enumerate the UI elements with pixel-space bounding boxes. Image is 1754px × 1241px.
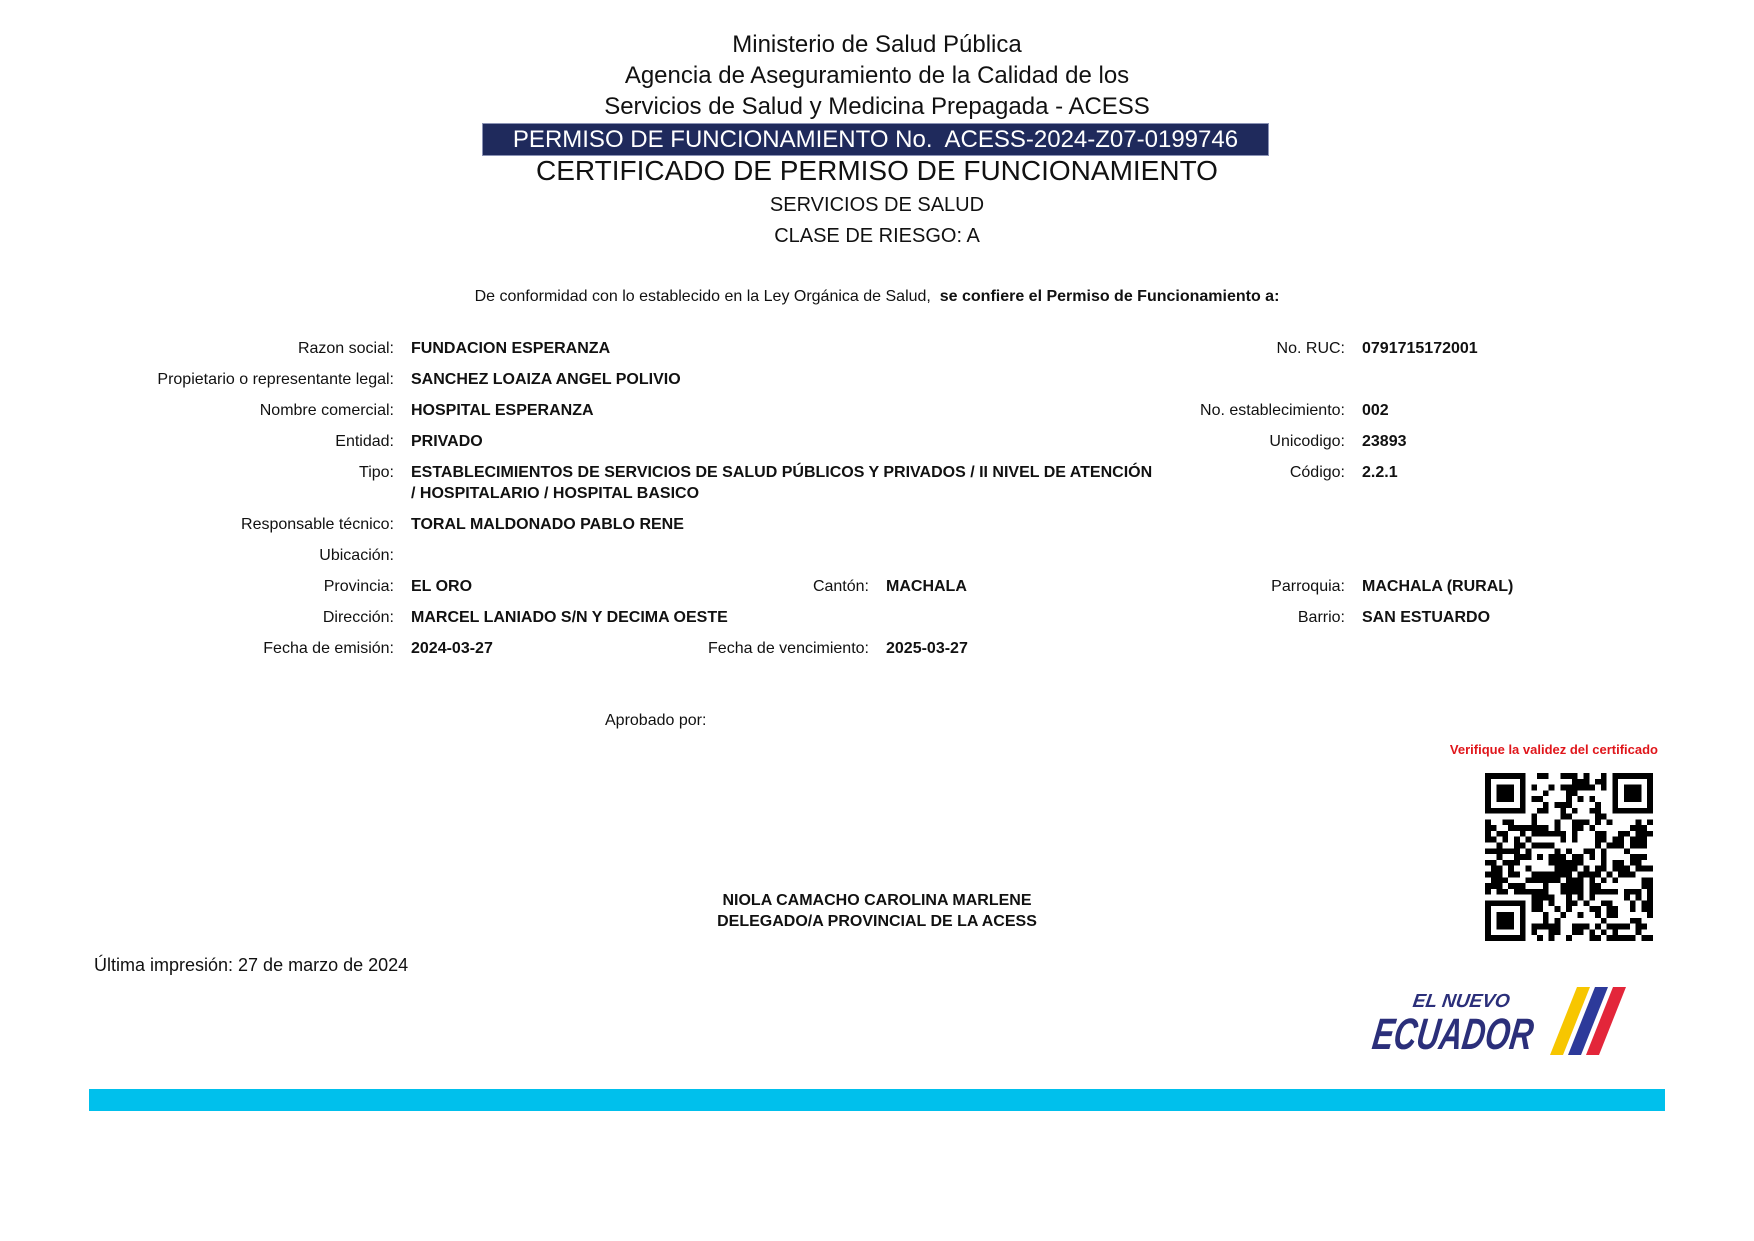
- ministry-name: Ministerio de Salud Pública: [0, 30, 1754, 60]
- value-ruc: 0791715172001: [1362, 339, 1478, 359]
- value-entidad: PRIVADO: [411, 432, 483, 452]
- value-nombre-comercial: HOSPITAL ESPERANZA: [411, 401, 594, 421]
- label-propietario: Propietario o representante legal:: [157, 370, 394, 390]
- label-direccion: Dirección:: [323, 608, 394, 628]
- value-propietario: SANCHEZ LOAIZA ANGEL POLIVIO: [411, 370, 681, 390]
- permit-number-banner: PERMISO DE FUNCIONAMIENTO No. ACESS-2024…: [483, 124, 1268, 155]
- label-barrio: Barrio:: [1298, 608, 1345, 628]
- label-codigo: Código:: [1290, 463, 1345, 483]
- footer-color-bar: [89, 1089, 1665, 1111]
- value-tipo-line2: / HOSPITALARIO / HOSPITAL BASICO: [411, 484, 699, 504]
- label-nombre-comercial: Nombre comercial:: [260, 401, 394, 421]
- value-responsable-tecnico: TORAL MALDONADO PABLO RENE: [411, 515, 684, 535]
- value-barrio: SAN ESTUARDO: [1362, 608, 1490, 628]
- value-canton: MACHALA: [886, 577, 967, 597]
- label-parroquia: Parroquia:: [1271, 577, 1345, 597]
- label-entidad: Entidad:: [335, 432, 394, 452]
- label-no-establecimiento: No. establecimiento:: [1200, 401, 1345, 421]
- value-codigo: 2.2.1: [1362, 463, 1398, 483]
- label-razon-social: Razon social:: [298, 339, 394, 359]
- value-fecha-vencimiento: 2025-03-27: [886, 639, 968, 659]
- value-provincia: EL ORO: [411, 577, 472, 597]
- intro-statement: De conformidad con lo establecido en la …: [0, 288, 1754, 306]
- certificate-title: CERTIFICADO DE PERMISO DE FUNCIONAMIENTO: [0, 156, 1754, 186]
- label-tipo: Tipo:: [359, 463, 394, 483]
- value-no-establecimiento: 002: [1362, 401, 1389, 421]
- label-responsable-tecnico: Responsable técnico:: [241, 515, 394, 535]
- value-unicodigo: 23893: [1362, 432, 1407, 452]
- label-unicodigo: Unicodigo:: [1269, 432, 1345, 452]
- approved-by-label: Aprobado por:: [605, 712, 706, 730]
- label-fecha-emision: Fecha de emisión:: [263, 639, 394, 659]
- label-provincia: Provincia:: [324, 577, 394, 597]
- label-ubicacion: Ubicación:: [319, 546, 394, 566]
- agency-name-line2: Servicios de Salud y Medicina Prepagada …: [0, 92, 1754, 122]
- label-ruc: No. RUC:: [1277, 339, 1345, 359]
- service-type: SERVICIOS DE SALUD: [0, 190, 1754, 220]
- el-nuevo-ecuador-logo: EL NUEVO ECUADOR: [1360, 985, 1630, 1057]
- last-print-date: Última impresión: 27 de marzo de 2024: [94, 955, 408, 976]
- label-canton: Cantón:: [813, 577, 869, 597]
- agency-name-line1: Agencia de Aseguramiento de la Calidad d…: [0, 61, 1754, 91]
- svg-text:ECUADOR: ECUADOR: [1370, 1010, 1537, 1057]
- value-direccion: MARCEL LANIADO S/N Y DECIMA OESTE: [411, 608, 728, 628]
- risk-class: CLASE DE RIESGO: A: [0, 221, 1754, 251]
- svg-text:EL NUEVO: EL NUEVO: [1411, 991, 1511, 1012]
- value-razon-social: FUNDACION ESPERANZA: [411, 339, 610, 359]
- intro-bold-text: se confiere el Permiso de Funcionamiento…: [940, 288, 1280, 305]
- qr-code-icon[interactable]: [1485, 773, 1653, 941]
- value-fecha-emision: 2024-03-27: [411, 639, 493, 659]
- value-parroquia: MACHALA (RURAL): [1362, 577, 1513, 597]
- verify-certificate-text: Verifique la validez del certificado: [1400, 742, 1658, 757]
- label-fecha-vencimiento: Fecha de vencimiento:: [708, 639, 869, 659]
- value-tipo-line1: ESTABLECIMIENTOS DE SERVICIOS DE SALUD P…: [411, 463, 1152, 483]
- intro-text: De conformidad con lo establecido en la …: [475, 288, 940, 305]
